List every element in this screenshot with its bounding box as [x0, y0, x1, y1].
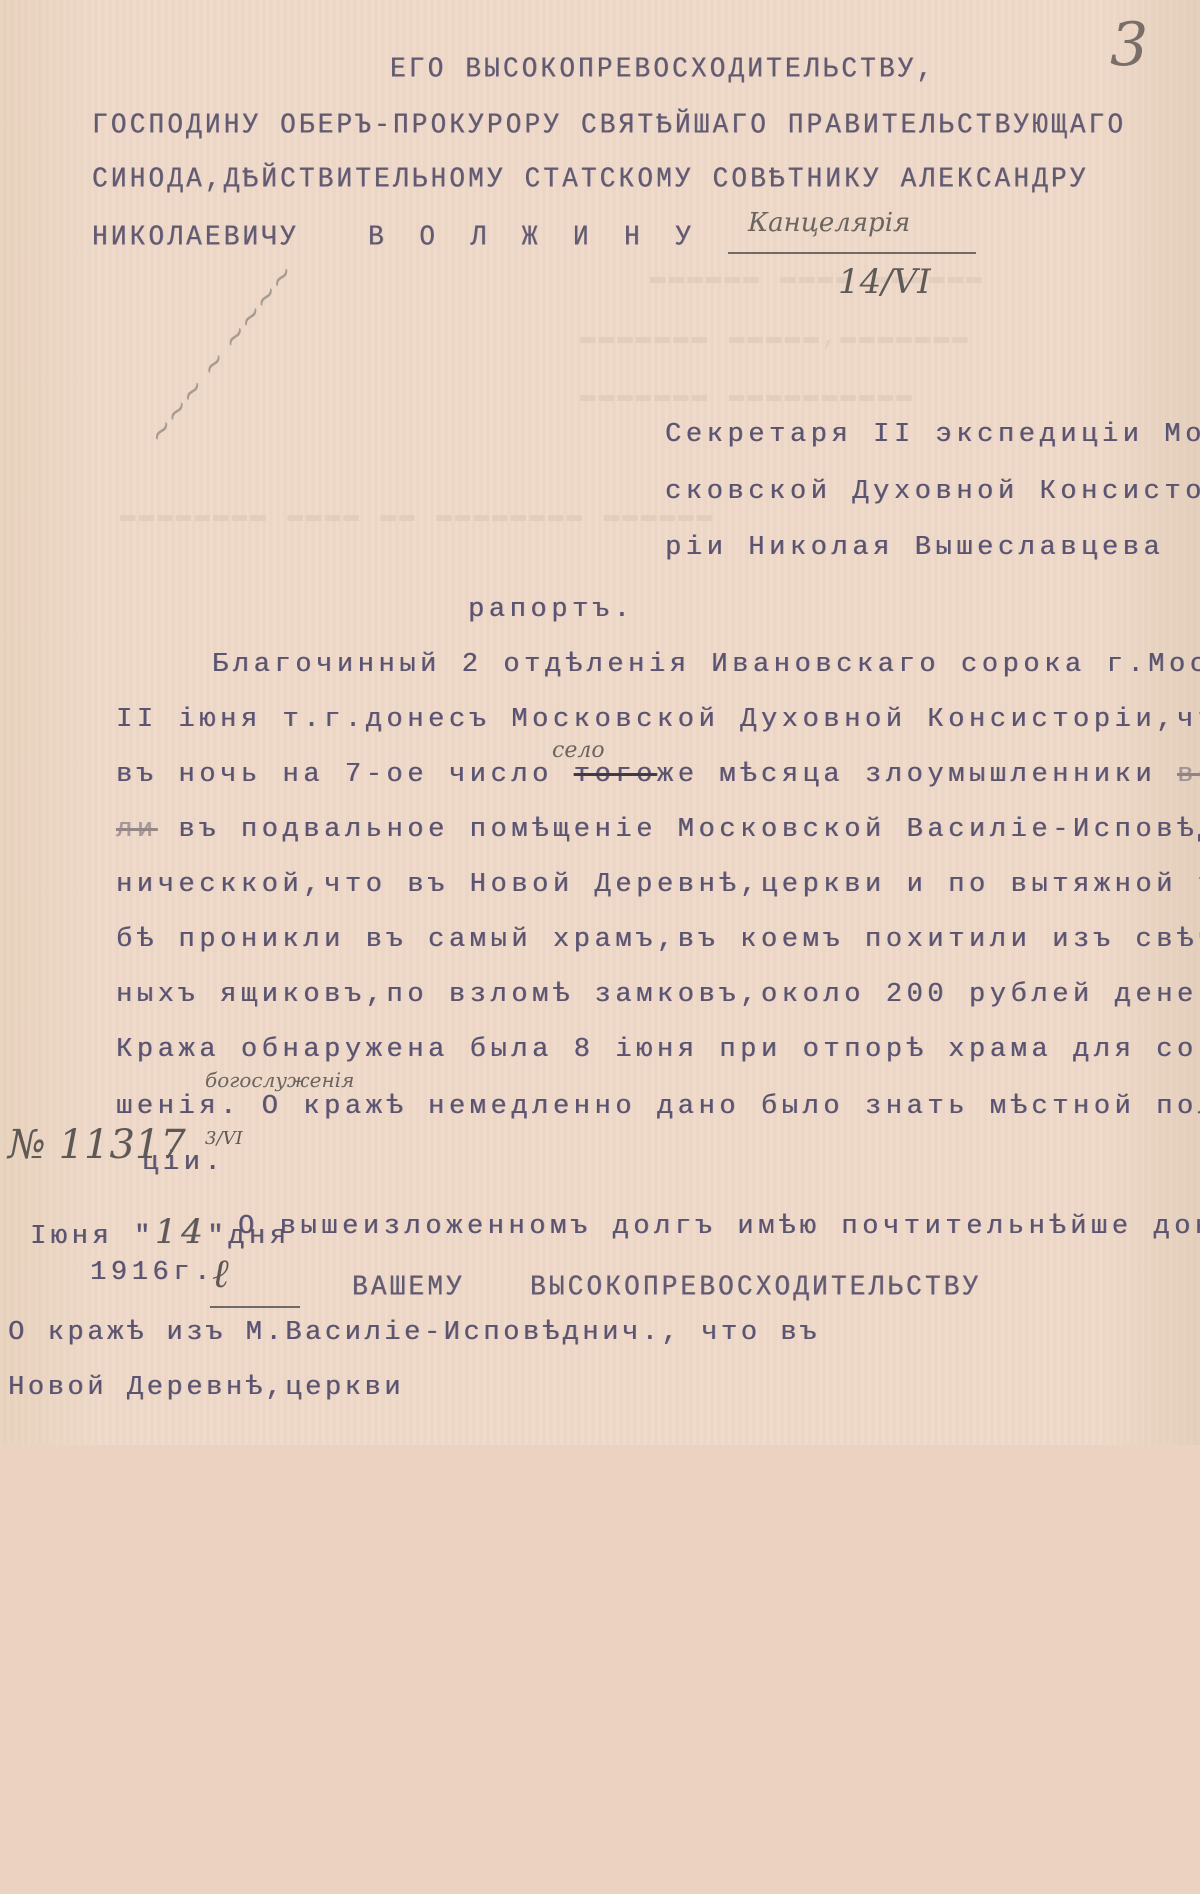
- handwritten-office-note: Канцелярія: [748, 208, 910, 238]
- sender-line-2: сковской Духовной Консисто-: [665, 477, 1200, 507]
- sender-line-3: ріи Николая Вышеславцева: [665, 533, 1164, 563]
- document-page: ▬▬▬▬▬▬ ▬▬▬▬ ▬▬▬▬▬▬ ▬▬▬▬▬▬▬ ▬▬▬▬▬,▬▬▬▬▬▬▬…: [0, 0, 1200, 1445]
- date-day: 14: [155, 1212, 207, 1252]
- bleed-through-text: ▬▬▬▬▬▬▬▬ ▬▬▬▬ ▬▬ ▬▬▬▬▬▬▬▬ ▬▬▬▬▬▬: [120, 500, 715, 530]
- body-line-7: ныхъ ящиковъ,по взломѣ замковъ,около 200…: [116, 980, 1200, 1010]
- body-line-6: бѣ проникли въ самый храмъ,въ коемъ похи…: [116, 925, 1200, 955]
- bleed-through-text: ▬▬▬▬▬▬▬ ▬▬▬▬▬▬▬▬▬▬: [580, 380, 915, 410]
- document-type: рапортъ.: [468, 595, 634, 625]
- underline-rule: [728, 252, 976, 254]
- struck-word: ли: [116, 815, 158, 845]
- body-line-9: шенія. О кражѣ немедленно дано было знат…: [116, 1092, 1200, 1122]
- registry-note: 3/VI: [205, 1128, 243, 1149]
- closing-to-title: ВЫСОКОПРЕВОСХОДИТЕЛЬСТВУ: [530, 1270, 981, 1304]
- subject-line-1: О кражѣ изъ М.Василіе-Исповѣднич., что в…: [8, 1318, 820, 1348]
- body-line-3-part: въ ночь на 7-ое число: [116, 760, 574, 790]
- signature: ℓ: [212, 1250, 229, 1297]
- address-line-3: СИНОДА,ДѢЙСТВИТЕЛЬНОМУ СТАТСКОМУ СОВѢТНИ…: [92, 162, 1089, 196]
- address-line-2: ГОСПОДИНУ ОБЕРЪ-ПРОКУРОРУ СВЯТѢЙШАГО ПРА…: [92, 108, 1126, 142]
- bleed-through-text: ▬▬▬▬▬▬ ▬▬▬▬ ▬▬▬▬▬▬: [650, 262, 985, 292]
- insertion-above-line-9: богослуженія: [205, 1068, 354, 1092]
- closing-to: ВАШЕМУ: [352, 1270, 465, 1304]
- closing-text: О вышеизложенномъ долгъ имѣю почтительнѣ…: [238, 1212, 1200, 1242]
- struck-word: вош-: [1177, 760, 1200, 790]
- body-line-8: Кража обнаружена была 8 іюня при отпорѣ …: [116, 1035, 1200, 1065]
- body-line-4-part: въ подвальное помѣщеніе Московской Васил…: [158, 815, 1200, 845]
- address-line-4: НИКОЛАЕВИЧУ: [92, 220, 299, 254]
- closing-year: 1916г.: [90, 1258, 215, 1288]
- pencil-annotation: ~~~ ~ ~~~~: [140, 257, 303, 452]
- date-prefix: Іюня ": [30, 1222, 155, 1252]
- subject-line-2: Новой Деревнѣ,церкви: [8, 1373, 404, 1403]
- address-surname: В О Л Ж И Н У: [368, 220, 701, 254]
- struck-word: того: [574, 760, 657, 790]
- registry-number: № 11317: [8, 1122, 186, 1168]
- body-line-2: II іюня т.г.донесъ Московской Духовной К…: [116, 705, 1200, 735]
- page-number-mark: 3: [1110, 10, 1148, 80]
- address-line-1: ЕГО ВЫСОКОПРЕВОСХОДИТЕЛЬСТВУ,: [390, 52, 935, 86]
- signature-underline: [210, 1306, 300, 1308]
- handwritten-date: 14/VI: [838, 262, 931, 302]
- body-line-5: ническкой,что въ Новой Деревнѣ,церкви и …: [116, 870, 1200, 900]
- bleed-through-text: ▬▬▬▬▬▬▬ ▬▬▬▬▬,▬▬▬▬▬▬▬: [580, 322, 971, 352]
- body-line-1: Благочинный 2 отдѣленія Ивановскаго соро…: [212, 650, 1200, 680]
- body-line-3-part: же мѣсяца злоумышленники: [657, 760, 1177, 790]
- body-line-3: въ ночь на 7-ое число тогоже мѣсяца злоу…: [116, 760, 1200, 790]
- body-line-4: ли въ подвальное помѣщеніе Московской Ва…: [116, 815, 1200, 845]
- sender-line-1: Секретаря II экспедиціи Мо-: [665, 420, 1200, 450]
